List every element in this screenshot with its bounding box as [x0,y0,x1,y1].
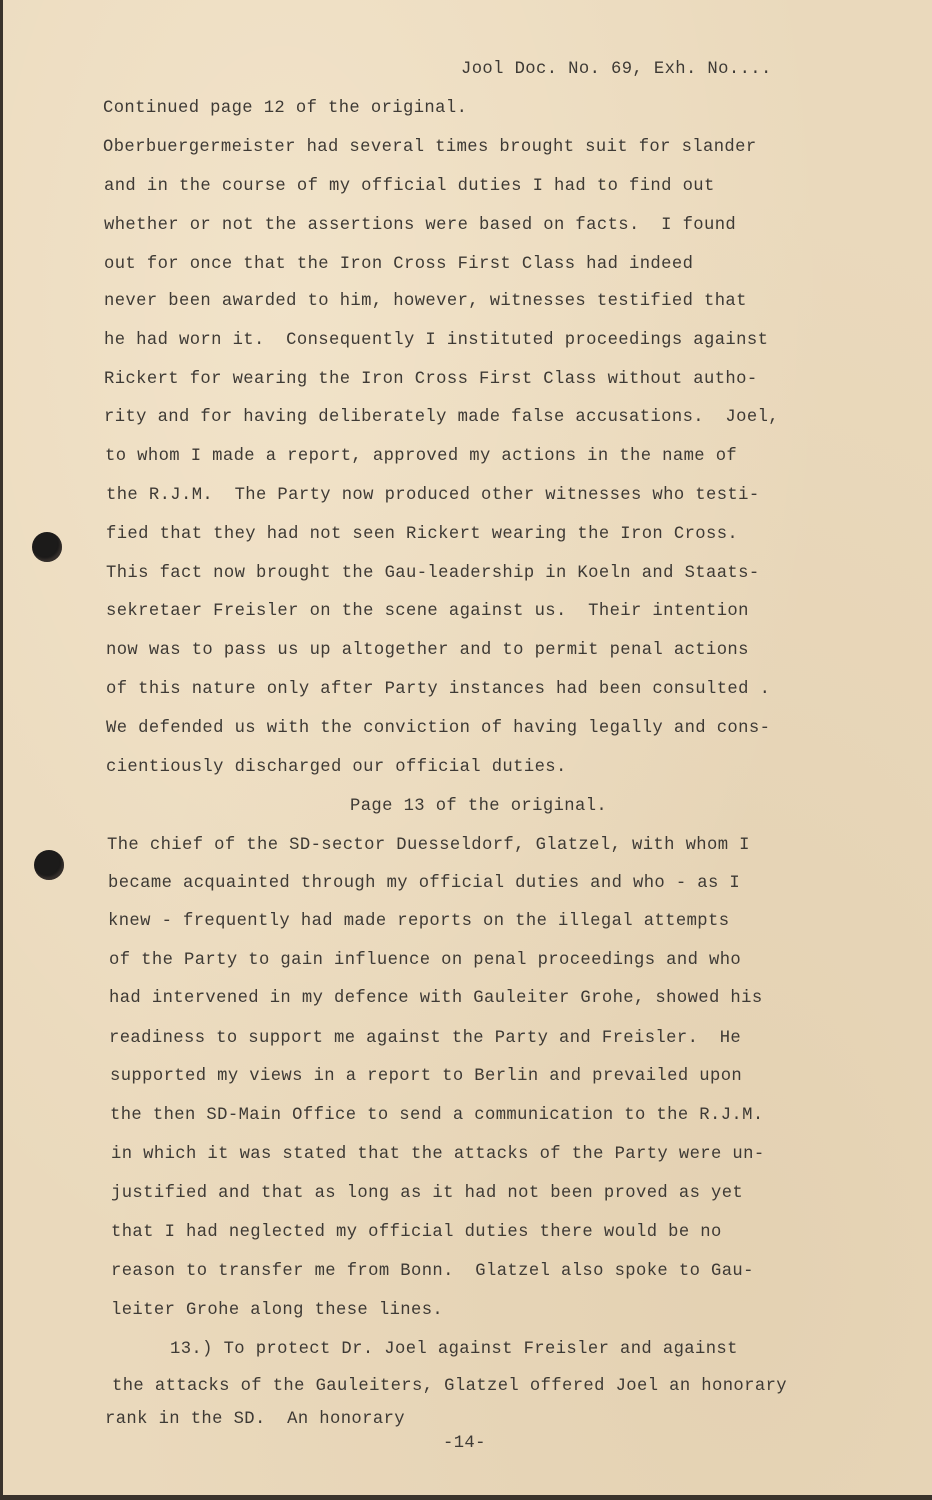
text-line: had intervened in my defence with Gaulei… [109,989,763,1008]
text-line: the attacks of the Gauleiters, Glatzel o… [112,1377,787,1396]
text-line: the R.J.M. The Party now produced other … [106,486,760,505]
text-line: whether or not the assertions were based… [104,216,736,235]
text-line: now was to pass us up altogether and to … [106,641,749,660]
text-line: out for once that the Iron Cross First C… [104,255,693,274]
text-line: to whom I made a report, approved my act… [105,447,737,466]
text-line: readiness to support me against the Part… [109,1029,741,1048]
text-line: and in the course of my official duties … [104,177,715,196]
text-line: We defended us with the conviction of ha… [106,719,770,738]
text-line: reason to transfer me from Bonn. Glatzel… [111,1262,754,1281]
punch-hole-icon [34,850,64,880]
text-line: The chief of the SD-sector Duesseldorf, … [107,836,750,855]
text-line: This fact now brought the Gau-leadership… [106,564,760,583]
text-line: became acquainted through my official du… [108,874,740,893]
text-line: cientiously discharged our official duti… [106,758,567,777]
punch-hole-icon [32,532,62,562]
text-line: rank in the SD. An honorary [105,1410,405,1429]
document-page: Jool Doc. No. 69, Exh. No.... Continued … [3,0,932,1495]
page-number: -14- [443,1434,486,1453]
text-line: supported my views in a report to Berlin… [110,1067,742,1086]
text-line: rity and for having deliberately made fa… [104,408,779,427]
text-line: justified and that as long as it had not… [111,1184,743,1203]
text-line: leiter Grohe along these lines. [111,1301,443,1320]
text-line: in which it was stated that the attacks … [111,1145,765,1164]
text-line: fied that they had not seen Rickert wear… [106,525,738,544]
text-line: 13.) To protect Dr. Joel against Freisle… [170,1340,738,1359]
text-line: knew - frequently had made reports on th… [108,912,729,931]
text-line: of the Party to gain influence on penal … [109,951,741,970]
text-line: Oberbuergermeister had several times bro… [103,138,757,157]
page-marker: Page 13 of the original. [350,797,607,816]
document-header: Jool Doc. No. 69, Exh. No.... [461,60,772,79]
text-line: never been awarded to him, however, witn… [104,292,747,311]
text-line: the then SD-Main Office to send a commun… [110,1106,764,1125]
continued-note: Continued page 12 of the original. [103,99,467,118]
text-line: of this nature only after Party instance… [106,680,770,699]
text-line: he had worn it. Consequently I institute… [104,331,768,350]
text-line: sekretaer Freisler on the scene against … [106,602,749,621]
text-line: that I had neglected my official duties … [111,1223,722,1242]
text-line: Rickert for wearing the Iron Cross First… [104,370,758,389]
